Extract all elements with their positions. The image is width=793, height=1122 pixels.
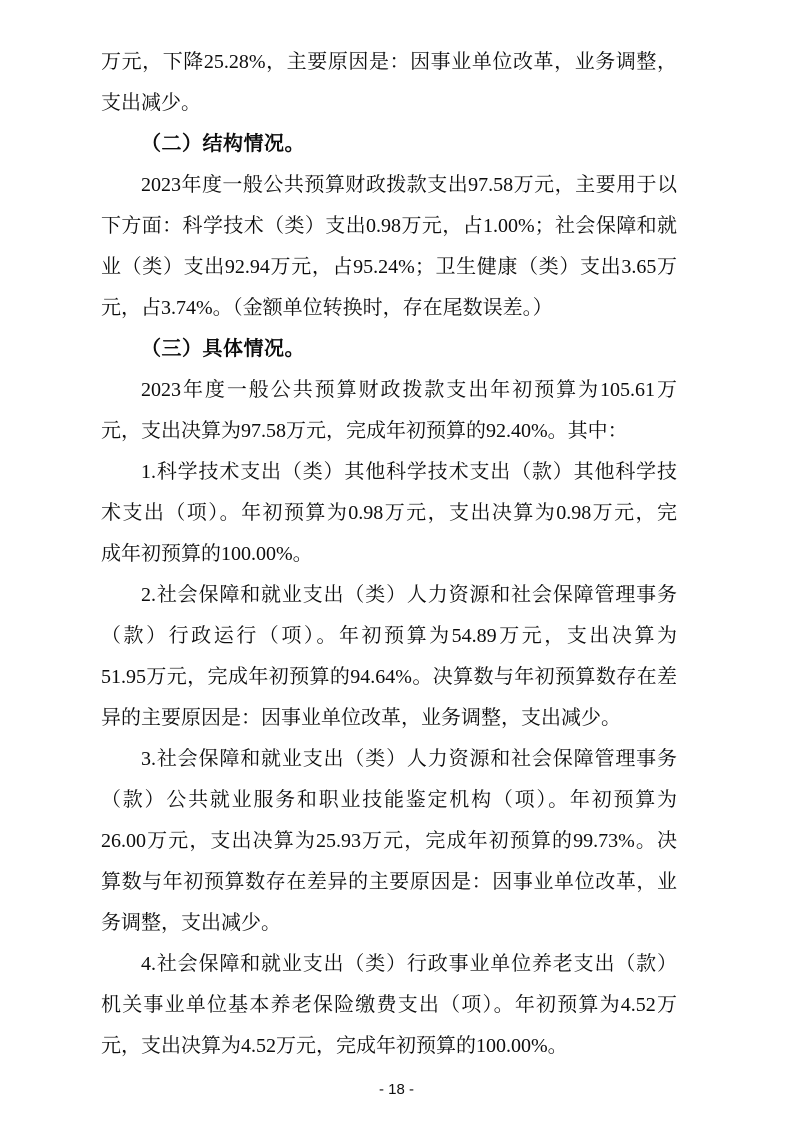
text-line: 4.社会保障和就业支出（类）行政事业单位养老支出（款）	[101, 944, 677, 985]
section-heading: （二）结构情况。	[101, 124, 677, 165]
text-line: 成年初预算的100.00%。	[101, 534, 677, 575]
text-line: 术支出（项）。年初预算为0.98万元，支出决算为0.98万元，完	[101, 493, 677, 534]
section-heading: （三）具体情况。	[101, 329, 677, 370]
text-line: 万元，下降25.28%，主要原因是：因事业单位改革，业务调整，	[101, 42, 677, 83]
text-line: 元，支出决算为97.58万元，完成年初预算的92.40%。其中：	[101, 411, 677, 452]
text-line: （款）公共就业服务和职业技能鉴定机构（项）。年初预算为	[101, 780, 677, 821]
text-line: 业（类）支出92.94万元，占95.24%；卫生健康（类）支出3.65万	[101, 247, 677, 288]
body-text: 万元，下降25.28%，主要原因是：因事业单位改革，业务调整， 支出减少。 （二…	[101, 42, 677, 1067]
text-line: 1.科学技术支出（类）其他科学技术支出（款）其他科学技	[101, 452, 677, 493]
text-line: （款）行政运行（项）。年初预算为54.89万元，支出决算为	[101, 616, 677, 657]
text-line: 机关事业单位基本养老保险缴费支出（项）。年初预算为4.52万	[101, 985, 677, 1026]
page-number: - 18 -	[0, 1081, 793, 1098]
text-line: 元，占3.74%。（金额单位转换时，存在尾数误差。）	[101, 288, 677, 329]
text-line: 算数与年初预算数存在差异的主要原因是：因事业单位改革，业	[101, 862, 677, 903]
text-line: 务调整，支出减少。	[101, 903, 677, 944]
text-line: 异的主要原因是：因事业单位改革，业务调整，支出减少。	[101, 698, 677, 739]
text-line: 下方面：科学技术（类）支出0.98万元，占1.00%；社会保障和就	[101, 206, 677, 247]
document-page: 万元，下降25.28%，主要原因是：因事业单位改革，业务调整， 支出减少。 （二…	[0, 0, 793, 1122]
text-line: 3.社会保障和就业支出（类）人力资源和社会保障管理事务	[101, 739, 677, 780]
text-line: 2023年度一般公共预算财政拨款支出97.58万元，主要用于以	[101, 165, 677, 206]
text-line: 2023年度一般公共预算财政拨款支出年初预算为105.61万	[101, 370, 677, 411]
text-line: 51.95万元，完成年初预算的94.64%。决算数与年初预算数存在差	[101, 657, 677, 698]
text-line: 支出减少。	[101, 83, 677, 124]
text-line: 26.00万元，支出决算为25.93万元，完成年初预算的99.73%。决	[101, 821, 677, 862]
text-line: 2.社会保障和就业支出（类）人力资源和社会保障管理事务	[101, 575, 677, 616]
text-line: 元，支出决算为4.52万元，完成年初预算的100.00%。	[101, 1026, 677, 1067]
